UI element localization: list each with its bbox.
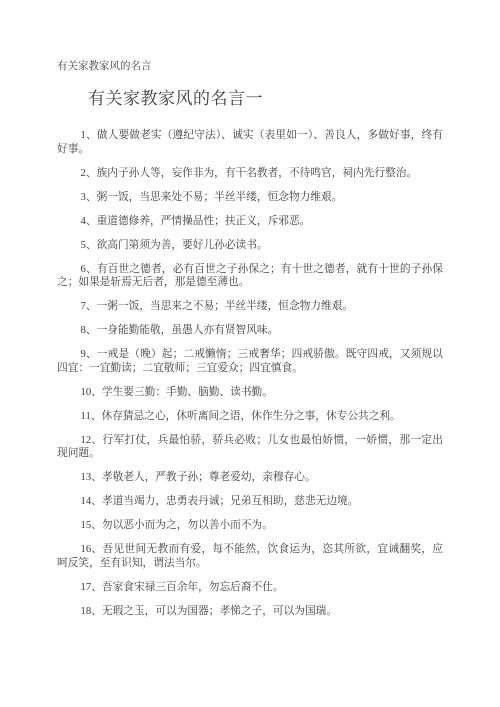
quote-item-17: 17、吾家食宋禄三百余年，勿忘后裔不仕。 <box>57 581 443 595</box>
quote-item-3: 3、粥一饭，当思来处不易；半丝半缕，恒念物力维艰。 <box>57 191 443 205</box>
page-title: 有关家教家风的名言一 <box>88 84 263 109</box>
document-header-line: 有关家教家风的名言 <box>57 61 152 73</box>
quote-item-5: 5、欲高门第须为善，要好儿孙必读书。 <box>57 239 443 253</box>
quote-item-8: 8、一身能勤能敬，虽愚人亦有贤智风味。 <box>57 324 443 338</box>
quote-item-10: 10、学生要三勤：手勤、脑勤、读书勤。 <box>57 386 443 400</box>
quote-item-14: 14、孝道当竭力，忠勇表丹诚；兄弟互相助，慈悲无边境。 <box>57 495 443 509</box>
quote-item-13: 13、孝敬老人，严教子孙；尊老爱幼，亲穆存心。 <box>57 471 443 485</box>
quote-item-6: 6、有百世之德者，必有百世之子孙保之；有十世之德者，就有十世的子孙保之；如果是斩… <box>57 263 443 290</box>
document-page: 有关家教家风的名言 有关家教家风的名言一 1、做人要做老实（遵纪守法）、诚实（表… <box>0 0 500 707</box>
quote-item-7: 7、一粥一饭，当思来之不易；半丝半缕，恒念物力维艰。 <box>57 300 443 314</box>
quote-item-15: 15、勿以恶小而为之，勿以善小而不为。 <box>57 519 443 533</box>
quote-item-12: 12、行军打仗，兵最怕骄，骄兵必败；儿女也最怕娇惯，一娇惯，那一定出现问题。 <box>57 434 443 461</box>
quote-item-9: 9、一戒是（晚）起；二戒懒惰；三戒奢华；四戒骄傲。既守四戒，又须规以四宜：一宜勤… <box>57 348 443 375</box>
quote-list: 1、做人要做老实（遵纪守法）、诚实（表里如一）、善良人，多做好事，终有好事。 2… <box>57 129 443 629</box>
quote-item-18: 18、无瑕之玉，可以为国器；孝悌之子，可以为国瑞。 <box>57 605 443 619</box>
quote-item-1: 1、做人要做老实（遵纪守法）、诚实（表里如一）、善良人，多做好事，终有好事。 <box>57 129 443 156</box>
quote-item-16: 16、吾见世间无教而有爱，每不能然，饮食运为，恣其所欲，宜诫翻奖，应呵反笑，至有… <box>57 543 443 570</box>
quote-item-4: 4、重道德修养，严情操品性；扶正义，斥邪恶。 <box>57 215 443 229</box>
quote-item-11: 11、休存猜忌之心，休听离间之语，休作生分之事，休专公共之利。 <box>57 410 443 424</box>
quote-item-2: 2、族内子孙人等，妄作非为，有干名教者，不待鸣官，祠内先行整治。 <box>57 167 443 181</box>
